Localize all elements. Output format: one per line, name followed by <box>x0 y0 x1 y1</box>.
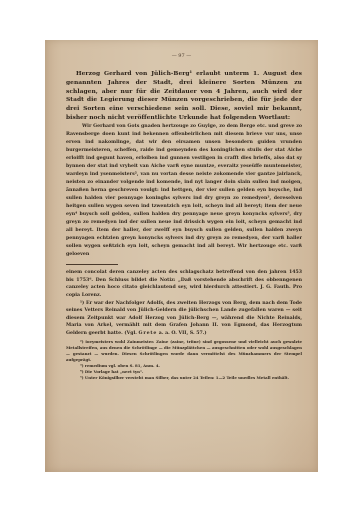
scanned-page: — 97 — Herzog Gerhard von Jülich-Berg¹ e… <box>45 40 318 472</box>
footnote-5: ⁵) Unter Königsilber versteht man Silber… <box>66 375 302 381</box>
page-content: Herzog Gerhard von Jülich-Berg¹ erlaubt … <box>66 70 302 381</box>
footnote-1-ref-rest: a. a. O. VII, S. 57.) <box>157 331 206 336</box>
footnote-separator <box>66 264 118 265</box>
footnote-continuation: einem concolat deren canzeley acten des … <box>66 269 302 299</box>
footnote-1-ref-author: Grete <box>139 331 158 336</box>
footnote-1: ¹) Er war der Nachfolger Adolfs, des zwe… <box>66 300 302 338</box>
footnote-1-marker: ¹) <box>80 301 84 306</box>
page-number: — 97 — <box>45 53 318 59</box>
body-paragraph: Herzog Gerhard von Jülich-Berg¹ erlaubt … <box>66 70 302 123</box>
footnote-2: ²) ioeymeisters wohl Zainmeister. Zaine … <box>66 339 302 363</box>
footnote-1-ref-open: (Vgl. <box>124 331 138 336</box>
charter-quote: Wir Gerhard von Gots gnaden hertzouge zo… <box>66 123 302 259</box>
